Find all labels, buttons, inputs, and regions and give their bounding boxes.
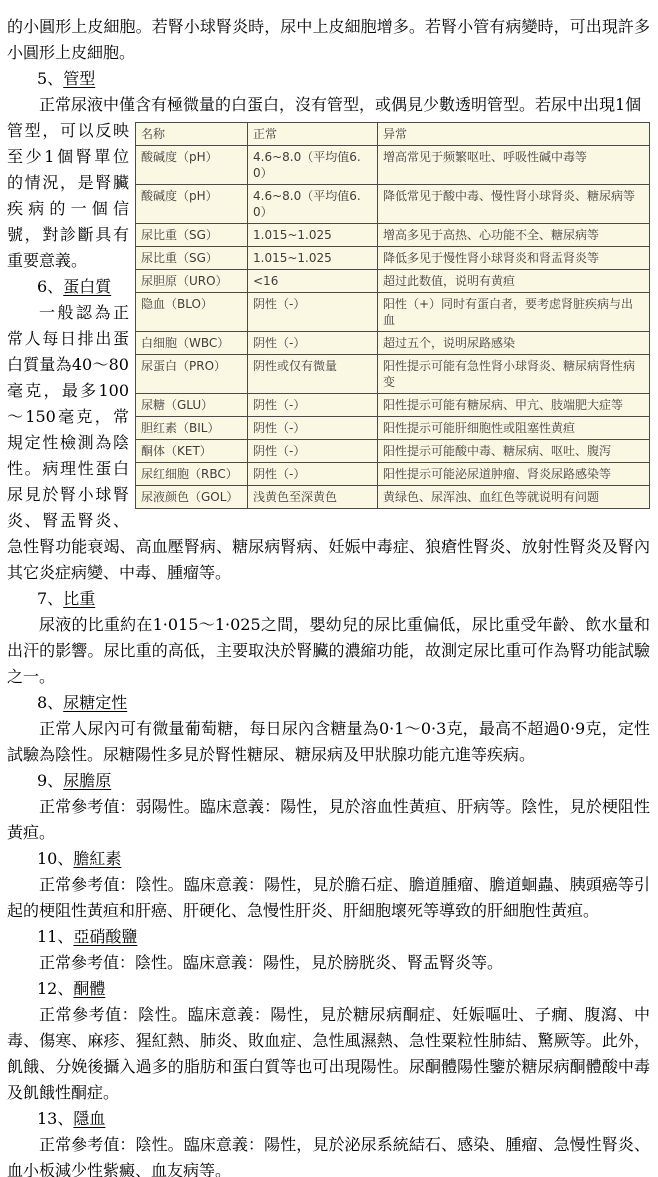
table-row: 隐血（BLO） 阴性（-） 阳性（+）同时有蛋白者，要考虑肾脏疾病与出血: [136, 293, 650, 332]
section-13-paragraph: 正常參考值：陰性。臨床意義：陽性，見於泌尿系統結石、感染、腫瘤、急慢性腎炎、血小…: [7, 1132, 650, 1177]
section-10-paragraph: 正常參考值：陰性。臨床意義：陽性，見於膽石症、膽道腫瘤、膽道蛔蟲、胰頭癌等引起的…: [7, 872, 650, 924]
table-cell: 酸碱度（pH）: [136, 185, 248, 224]
urinalysis-reference-table: 名称 正常 异常 酸碱度（pH） 4.6~8.0（平均值6.0） 增高常见于频繁…: [135, 122, 650, 509]
section-number: 7、: [37, 589, 63, 608]
table-cell: 1.015~1.025: [248, 224, 378, 247]
section-number: 6、: [37, 277, 63, 296]
table-cell: 尿液颜色（GOL）: [136, 486, 248, 509]
table-cell: 阳性提示可能泌尿道肿瘤、肾炎尿路感染等: [378, 463, 650, 486]
section-number: 10、: [37, 849, 73, 868]
section-heading-8: 8、尿糖定性: [37, 690, 650, 716]
table-cell: 4.6~8.0（平均值6.0）: [248, 146, 378, 185]
table-header-cell: 异常: [378, 123, 650, 146]
table-cell: 阳性（+）同时有蛋白者，要考虑肾脏疾病与出血: [378, 293, 650, 332]
section-heading-10: 10、膽紅素: [37, 846, 650, 872]
section-title: 尿膽原: [63, 771, 111, 790]
section-heading-9: 9、尿膽原: [37, 768, 650, 794]
table-header-cell: 名称: [136, 123, 248, 146]
table-cell: 超过此数值，说明有黄疸: [378, 270, 650, 293]
section-8-paragraph: 正常人尿內可有微量葡萄糖，每日尿內含糖量為0·1～0·3克，最高不超過0·9克，…: [7, 716, 650, 768]
section-heading-11: 11、亞硝酸鹽: [37, 924, 650, 950]
table-cell: 阴性（-）: [248, 394, 378, 417]
table-cell: 尿红细胞（RBC）: [136, 463, 248, 486]
table-cell: 阳性提示可能有急性肾小球肾炎、糖尿病肾性病变: [378, 355, 650, 394]
table-cell: 酮体（KET）: [136, 440, 248, 463]
table-cell: 增高多见于高热、心功能不全、糖尿病等: [378, 224, 650, 247]
table-cell: 4.6~8.0（平均值6.0）: [248, 185, 378, 224]
section-title: 尿糖定性: [63, 693, 127, 712]
table-cell: 降低常见于酸中毒、慢性肾小球肾炎、糖尿病等: [378, 185, 650, 224]
intro-paragraph: 的小圓形上皮細胞。若腎小球腎炎時，尿中上皮細胞增多。若腎小管有病變時，可出現許多…: [7, 14, 650, 66]
section-heading-13: 13、隱血: [37, 1106, 650, 1132]
table-cell: 阳性提示可能肝细胞性或阻塞性黄疸: [378, 417, 650, 440]
section-title: 酮體: [73, 979, 105, 998]
table-cell: 增高常见于频繁呕吐、呼吸性碱中毒等: [378, 146, 650, 185]
section-number: 12、: [37, 979, 73, 998]
section-9-paragraph: 正常參考值：弱陽性。臨床意義：陽性，見於溶血性黃疸、肝病等。陰性，見於梗阻性黃疸…: [7, 794, 650, 846]
section-title: 蛋白質: [63, 277, 111, 296]
table-cell: <16: [248, 270, 378, 293]
section-number: 11、: [37, 927, 73, 946]
table-row: 尿胆原（URO） <16 超过此数值，说明有黄疸: [136, 270, 650, 293]
table-cell: 阴性（-）: [248, 293, 378, 332]
table-cell: 超过五个，说明尿路感染: [378, 332, 650, 355]
table-cell: 降低多见于慢性肾小球肾炎和肾盂肾炎等: [378, 247, 650, 270]
section-number: 5、: [37, 69, 63, 88]
section-heading-7: 7、比重: [37, 586, 650, 612]
table-cell: 阴性或仅有微量: [248, 355, 378, 394]
table-cell: 阴性（-）: [248, 463, 378, 486]
table-header-row: 名称 正常 异常: [136, 123, 650, 146]
section-title: 膽紅素: [73, 849, 121, 868]
table-cell: 尿比重（SG）: [136, 247, 248, 270]
table-row: 尿糖（GLU） 阴性（-） 阳性提示可能有糖尿病、甲亢、肢端肥大症等: [136, 394, 650, 417]
section-title: 亞硝酸鹽: [73, 927, 137, 946]
section-title: 管型: [63, 69, 95, 88]
section-number: 13、: [37, 1109, 73, 1128]
section-5-paragraph-line1: 正常尿液中僅含有極微量的白蛋白，沒有管型，或偶見少數透明管型。若尿中出現1個: [7, 92, 650, 118]
table-row: 尿红细胞（RBC） 阴性（-） 阳性提示可能泌尿道肿瘤、肾炎尿路感染等: [136, 463, 650, 486]
table-cell: 尿比重（SG）: [136, 224, 248, 247]
table-row: 尿液颜色（GOL） 浅黄色至深黄色 黄绿色、尿浑浊、血红色等就说明有问题: [136, 486, 650, 509]
table-row: 尿比重（SG） 1.015~1.025 降低多见于慢性肾小球肾炎和肾盂肾炎等: [136, 247, 650, 270]
table-cell: 黄绿色、尿浑浊、血红色等就说明有问题: [378, 486, 650, 509]
table-cell: 酸碱度（pH）: [136, 146, 248, 185]
section-heading-12: 12、酮體: [37, 976, 650, 1002]
table-cell: 尿糖（GLU）: [136, 394, 248, 417]
section-7-paragraph: 尿液的比重約在1·015～1·025之間，嬰幼兒的尿比重偏低，尿比重受年齡、飲水…: [7, 612, 650, 690]
section-heading-5: 5、管型: [37, 66, 650, 92]
section-number: 8、: [37, 693, 63, 712]
section-11-paragraph: 正常參考值：陰性。臨床意義：陽性，見於膀胱炎、腎盂腎炎等。: [7, 950, 650, 976]
table-cell: 尿蛋白（PRO）: [136, 355, 248, 394]
document-page: 的小圓形上皮細胞。若腎小球腎炎時，尿中上皮細胞增多。若腎小管有病變時，可出現許多…: [0, 0, 658, 1177]
table-row: 酮体（KET） 阴性（-） 阳性提示可能酸中毒、糖尿病、呕吐、腹泻: [136, 440, 650, 463]
table-row: 胆红素（BIL） 阴性（-） 阳性提示可能肝细胞性或阻塞性黄疸: [136, 417, 650, 440]
section-title: 隱血: [73, 1109, 105, 1128]
table-header-cell: 正常: [248, 123, 378, 146]
table-row: 酸碱度（pH） 4.6~8.0（平均值6.0） 增高常见于频繁呕吐、呼吸性碱中毒…: [136, 146, 650, 185]
table-cell: 阳性提示可能酸中毒、糖尿病、呕吐、腹泻: [378, 440, 650, 463]
table-row: 白细胞（WBC） 阴性（-） 超过五个，说明尿路感染: [136, 332, 650, 355]
section-title: 比重: [63, 589, 95, 608]
table-cell: 尿胆原（URO）: [136, 270, 248, 293]
section-12-paragraph: 正常參考值：陰性。臨床意義：陽性，見於糖尿病酮症、妊娠嘔吐、子癇、腹瀉、中毒、傷…: [7, 1002, 650, 1106]
table-cell: 白细胞（WBC）: [136, 332, 248, 355]
table-cell: 胆红素（BIL）: [136, 417, 248, 440]
table-row: 酸碱度（pH） 4.6~8.0（平均值6.0） 降低常见于酸中毒、慢性肾小球肾炎…: [136, 185, 650, 224]
table-cell: 阴性（-）: [248, 440, 378, 463]
table-row: 尿蛋白（PRO） 阴性或仅有微量 阳性提示可能有急性肾小球肾炎、糖尿病肾性病变: [136, 355, 650, 394]
table-cell: 隐血（BLO）: [136, 293, 248, 332]
table-cell: 阳性提示可能有糖尿病、甲亢、肢端肥大症等: [378, 394, 650, 417]
table-cell: 1.015~1.025: [248, 247, 378, 270]
section-number: 9、: [37, 771, 63, 790]
table-cell: 浅黄色至深黄色: [248, 486, 378, 509]
urinalysis-reference-table-wrapper: 名称 正常 异常 酸碱度（pH） 4.6~8.0（平均值6.0） 增高常见于频繁…: [135, 122, 650, 509]
table-cell: 阴性（-）: [248, 417, 378, 440]
table-row: 尿比重（SG） 1.015~1.025 增高多见于高热、心功能不全、糖尿病等: [136, 224, 650, 247]
table-cell: 阴性（-）: [248, 332, 378, 355]
